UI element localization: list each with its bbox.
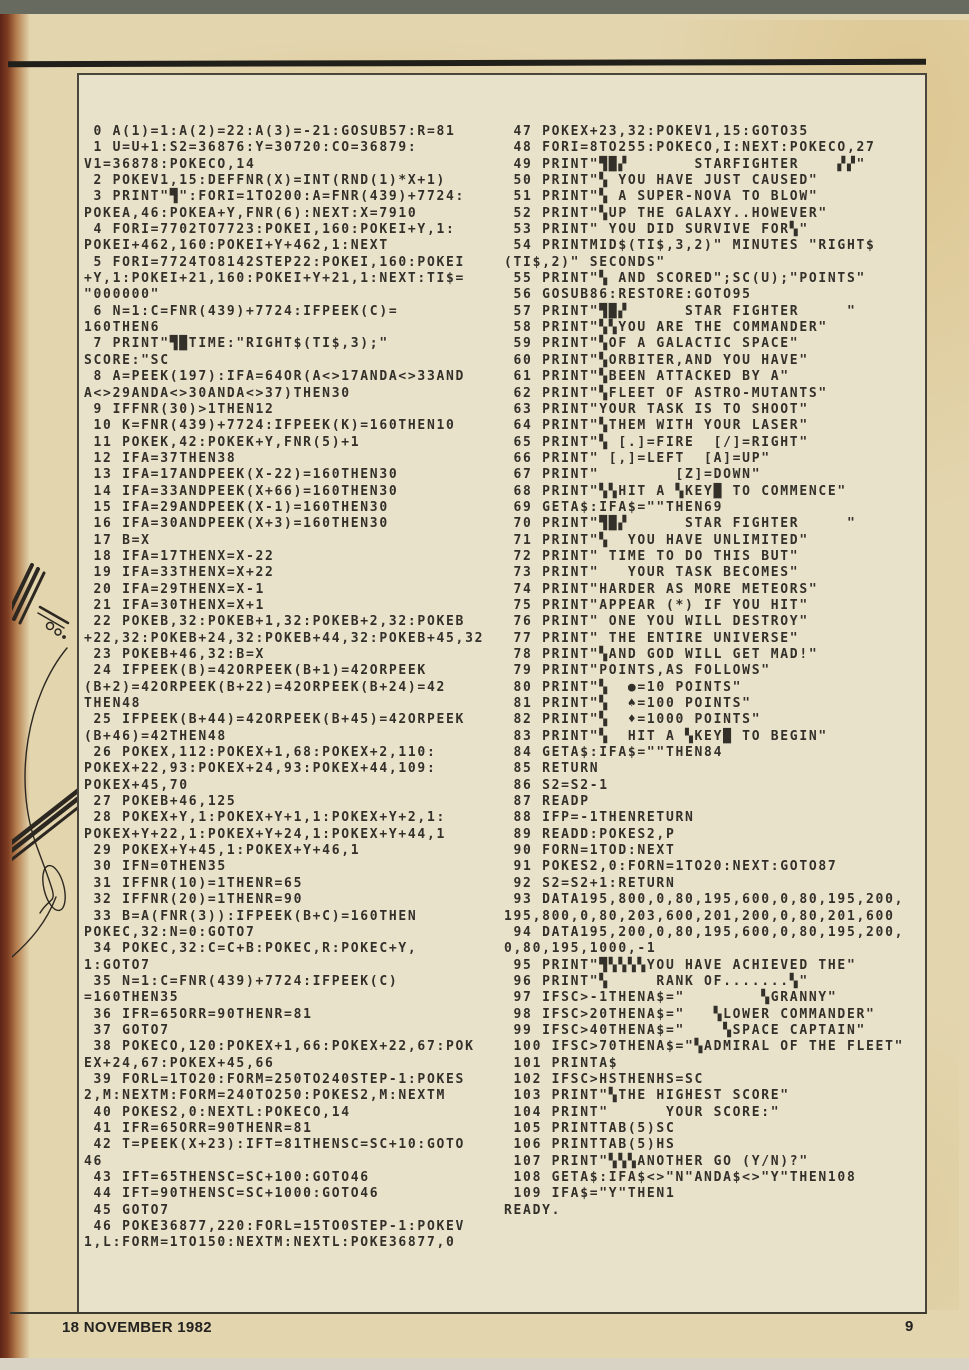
- code-line: 0 A(1)=1:A(2)=22:A(3)=-21:GOSUB57:R=81: [84, 124, 504, 140]
- code-line: 19 IFA=33THENX=X+22: [84, 565, 504, 581]
- code-line: 1 U=U+1:S2=36876:Y=30720:CO=36879:: [84, 140, 504, 156]
- code-line: 17 B=X: [84, 533, 504, 549]
- code-line: SCORE:"SC: [84, 353, 504, 369]
- code-line: 15 IFA=29ANDPEEK(X-1)=160THEN30: [84, 500, 504, 516]
- code-line: 79 PRINT"POINTS,AS FOLLOWS": [504, 663, 944, 679]
- code-line: 28 POKEX+Y,1:POKEX+Y+1,1:POKEX+Y+2,1:: [84, 810, 504, 826]
- code-line: (B+46)=42THEN48: [84, 729, 504, 745]
- code-line: 86 S2=S2-1: [504, 778, 944, 794]
- code-line: 65 PRINT"▚ [.]=FIRE [/]=RIGHT": [504, 435, 944, 451]
- header-rule: [8, 59, 926, 67]
- code-line: 1:GOTO7: [84, 958, 504, 974]
- code-line: 37 GOTO7: [84, 1023, 504, 1039]
- code-line: 105 PRINTTAB(5)SC: [504, 1121, 944, 1137]
- magazine-page: { "colors": { "paper": "#e3d5ae", "panel…: [0, 0, 969, 1370]
- code-line: 21 IFA=30THENX=X+1: [84, 598, 504, 614]
- code-line: 47 POKEX+23,32:POKEV1,15:GOTO35: [504, 124, 944, 140]
- code-line: 73 PRINT" YOUR TASK BECOMES": [504, 565, 944, 581]
- code-line: 12 IFA=37THEN38: [84, 451, 504, 467]
- code-line: 7 PRINT"▜█TIME:"RIGHT$(TI$,3);": [84, 336, 504, 352]
- code-line: 18 IFA=17THENX=X-22: [84, 549, 504, 565]
- code-line: 72 PRINT" TIME TO DO THIS BUT": [504, 549, 944, 565]
- code-line: V1=36878:POKECO,14: [84, 157, 504, 173]
- code-line: 83 PRINT"▚ HIT A ▚KEY█ TO BEGIN": [504, 729, 944, 745]
- scan-edge-bottom: [0, 1358, 969, 1370]
- code-line: 69 GETA$:IFA$=""THEN69: [504, 500, 944, 516]
- code-line: 3 PRINT"▜":FORI=1TO200:A=FNR(439)+7724:: [84, 189, 504, 205]
- code-line: 59 PRINT"▚OF A GALACTIC SPACE": [504, 336, 944, 352]
- code-line: 9 IFFNR(30)>1THEN12: [84, 402, 504, 418]
- code-line: 77 PRINT" THE ENTIRE UNIVERSE": [504, 631, 944, 647]
- code-line: 2,M:NEXTM:FORM=240TO250:POKES2,M:NEXTM: [84, 1088, 504, 1104]
- code-line: 195,800,0,80,203,600,201,200,0,80,201,60…: [504, 909, 944, 925]
- code-line: 62 PRINT"▚FLEET OF ASTRO-MUTANTS": [504, 386, 944, 402]
- code-line: 24 IFPEEK(B)=42ORPEEK(B+1)=42ORPEEK: [84, 663, 504, 679]
- footer-rule: [10, 1312, 927, 1314]
- code-line: 44 IFT=90THENSC=SC+1000:GOTO46: [84, 1186, 504, 1202]
- code-line: 75 PRINT"APPEAR (*) IF YOU HIT": [504, 598, 944, 614]
- code-line: 80 PRINT"▚ ●=10 POINTS": [504, 680, 944, 696]
- code-line: =160THEN35: [84, 990, 504, 1006]
- code-line: 39 FORL=1TO20:FORM=250TO240STEP-1:POKES: [84, 1072, 504, 1088]
- scan-edge-top: [0, 0, 969, 14]
- code-line: 98 IFSC>20THENA$=" ▚LOWER COMMANDER": [504, 1007, 944, 1023]
- code-line: 101 PRINTA$: [504, 1056, 944, 1072]
- footer-page-number: 9: [905, 1318, 913, 1335]
- code-line: 76 PRINT" ONE YOU WILL DESTROY": [504, 614, 944, 630]
- code-line: 30 IFN=0THEN35: [84, 859, 504, 875]
- code-line: 107 PRINT"▚▚▚ANOTHER GO (Y/N)?": [504, 1154, 944, 1170]
- code-line: 67 PRINT" [Z]=DOWN": [504, 467, 944, 483]
- code-line: 46 POKE36877,220:FORL=15TO0STEP-1:POKEV: [84, 1219, 504, 1235]
- code-line: 4 FORI=7702TO7723:POKEI,160:POKEI+Y,1:: [84, 222, 504, 238]
- code-line: 26 POKEX,112:POKEX+1,68:POKEX+2,110:: [84, 745, 504, 761]
- code-line: POKEI+462,160:POKEI+Y+462,1:NEXT: [84, 238, 504, 254]
- code-line: "000000": [84, 287, 504, 303]
- code-line: 64 PRINT"▚THEM WITH YOUR LASER": [504, 418, 944, 434]
- code-line: 13 IFA=17ANDPEEK(X-22)=160THEN30: [84, 467, 504, 483]
- code-line: 102 IFSC>HSTHENHS=SC: [504, 1072, 944, 1088]
- code-line: 55 PRINT"▚ AND SCORED";SC(U);"POINTS": [504, 271, 944, 287]
- code-line: POKEX+22,93:POKEX+24,93:POKEX+44,109:: [84, 761, 504, 777]
- code-line: 22 POKEB,32:POKEB+1,32:POKEB+2,32:POKEB: [84, 614, 504, 630]
- code-line: 32 IFFNR(20)=1THENR=90: [84, 892, 504, 908]
- code-line: 60 PRINT"▚ORBITER,AND YOU HAVE": [504, 353, 944, 369]
- code-line: 93 DATA195,800,0,80,195,600,0,80,195,200…: [504, 892, 944, 908]
- code-line: 10 K=FNR(439)+7724:IFPEEK(K)=160THEN10: [84, 418, 504, 434]
- code-line: THEN48: [84, 696, 504, 712]
- code-line: 81 PRINT"▚ ♠=100 POINTS": [504, 696, 944, 712]
- code-line: 36 IFR=65ORR=90THENR=81: [84, 1007, 504, 1023]
- code-line: 84 GETA$:IFA$=""THEN84: [504, 745, 944, 761]
- code-line: 89 READD:POKES2,P: [504, 827, 944, 843]
- code-line: 54 PRINTMID$(TI$,3,2)" MINUTES "RIGHT$: [504, 238, 944, 254]
- code-line: 8 A=PEEK(197):IFA=64OR(A<>17ANDA<>33AND: [84, 369, 504, 385]
- code-column-left: 0 A(1)=1:A(2)=22:A(3)=-21:GOSUB57:R=81 1…: [84, 124, 504, 1252]
- code-line: 100 IFSC>70THENA$="▚ADMIRAL OF THE FLEET…: [504, 1039, 944, 1055]
- code-line: 27 POKEB+46,125: [84, 794, 504, 810]
- code-line: 106 PRINTTAB(5)HS: [504, 1137, 944, 1153]
- code-line: 1,L:FORM=1TO150:NEXTM:NEXTL:POKE36877,0: [84, 1235, 504, 1251]
- code-line: 90 FORN=1TOD:NEXT: [504, 843, 944, 859]
- code-line: 71 PRINT"▚ YOU HAVE UNLIMITED": [504, 533, 944, 549]
- code-line: 66 PRINT" [,]=LEFT [A]=UP": [504, 451, 944, 467]
- code-line: 46: [84, 1154, 504, 1170]
- code-line: 99 IFSC>40THENA$=" ▚SPACE CAPTAIN": [504, 1023, 944, 1039]
- code-line: 20 IFA=29THENX=X-1: [84, 582, 504, 598]
- spaceship-line-art: [12, 545, 77, 965]
- code-line: 38 POKECO,120:POKEX+1,66:POKEX+22,67:POK: [84, 1039, 504, 1055]
- code-line: POKEX+Y+22,1:POKEX+Y+24,1:POKEX+Y+44,1: [84, 827, 504, 843]
- code-line: 2 POKEV1,15:DEFFNR(X)=INT(RND(1)*X+1): [84, 173, 504, 189]
- code-line: 96 PRINT"▚ RANK OF.......▚": [504, 974, 944, 990]
- code-line: 85 RETURN: [504, 761, 944, 777]
- code-line: 95 PRINT"▜▚▚▚▚YOU HAVE ACHIEVED THE": [504, 958, 944, 974]
- code-line: (TI$,2)" SECONDS": [504, 255, 944, 271]
- code-line: 70 PRINT"▜█▞ STAR FIGHTER ": [504, 516, 944, 532]
- code-line: POKEX+45,70: [84, 778, 504, 794]
- code-line: 92 S2=S2+1:RETURN: [504, 876, 944, 892]
- code-line: 53 PRINT" YOU DID SURVIVE FOR▚": [504, 222, 944, 238]
- code-line: 78 PRINT"▚AND GOD WILL GET MAD!": [504, 647, 944, 663]
- code-line: 35 N=1:C=FNR(439)+7724:IFPEEK(C): [84, 974, 504, 990]
- code-line: 91 POKES2,0:FORN=1TO20:NEXT:GOTO87: [504, 859, 944, 875]
- code-line: 0,80,195,1000,-1: [504, 941, 944, 957]
- code-line: +Y,1:POKEI+21,160:POKEI+Y+21,1:NEXT:TI$=: [84, 271, 504, 287]
- code-line: 87 READP: [504, 794, 944, 810]
- code-line: 29 POKEX+Y+45,1:POKEX+Y+46,1: [84, 843, 504, 859]
- code-line: 14 IFA=33ANDPEEK(X+66)=160THEN30: [84, 484, 504, 500]
- code-line: 57 PRINT"▜█▞ STAR FIGHTER ": [504, 304, 944, 320]
- code-line: 16 IFA=30ANDPEEK(X+3)=160THEN30: [84, 516, 504, 532]
- code-line: 109 IFA$="Y"THEN1: [504, 1186, 944, 1202]
- code-line: 42 T=PEEK(X+23):IFT=81THENSC=SC+10:GOTO: [84, 1137, 504, 1153]
- code-line: 6 N=1:C=FNR(439)+7724:IFPEEK(C)=: [84, 304, 504, 320]
- margin-illustration: [12, 545, 77, 965]
- code-line: 61 PRINT"▚BEEN ATTACKED BY A": [504, 369, 944, 385]
- code-line: 23 POKEB+46,32:B=X: [84, 647, 504, 663]
- code-line: 56 GOSUB86:RESTORE:GOTO95: [504, 287, 944, 303]
- footer-date: 18 NOVEMBER 1982: [62, 1319, 212, 1336]
- code-column-right: 47 POKEX+23,32:POKEV1,15:GOTO35 48 FORI=…: [504, 124, 944, 1219]
- code-line: 51 PRINT"▚ A SUPER-NOVA TO BLOW": [504, 189, 944, 205]
- code-line: 33 B=A(FNR(3)):IFPEEK(B+C)=160THEN: [84, 909, 504, 925]
- code-line: 108 GETA$:IFA$<>"N"ANDA$<>"Y"THEN108: [504, 1170, 944, 1186]
- code-line: 45 GOTO7: [84, 1203, 504, 1219]
- code-line: 25 IFPEEK(B+44)=42ORPEEK(B+45)=42ORPEEK: [84, 712, 504, 728]
- code-line: 104 PRINT" YOUR SCORE:": [504, 1105, 944, 1121]
- code-line: 34 POKEC,32:C=C+B:POKEC,R:POKEC+Y,: [84, 941, 504, 957]
- code-line: POKEC,32:N=0:GOTO7: [84, 925, 504, 941]
- code-line: 82 PRINT"▚ ♦=1000 POINTS": [504, 712, 944, 728]
- code-line: 11 POKEK,42:POKEK+Y,FNR(5)+1: [84, 435, 504, 451]
- code-line: 103 PRINT"▚THE HIGHEST SCORE": [504, 1088, 944, 1104]
- code-line: POKEA,46:POKEA+Y,FNR(6):NEXT:X=7910: [84, 206, 504, 222]
- code-line: 97 IFSC>-1THENA$=" ▚GRANNY": [504, 990, 944, 1006]
- code-line: +22,32:POKEB+24,32:POKEB+44,32:POKEB+45,…: [84, 631, 504, 647]
- code-line: 52 PRINT"▚UP THE GALAXY..HOWEVER": [504, 206, 944, 222]
- code-line: 41 IFR=65ORR=90THENR=81: [84, 1121, 504, 1137]
- code-line: READY.: [504, 1203, 944, 1219]
- code-line: 43 IFT=65THENSC=SC+100:GOTO46: [84, 1170, 504, 1186]
- code-line: 40 POKES2,0:NEXTL:POKECO,14: [84, 1105, 504, 1121]
- code-line: 58 PRINT"▚▚YOU ARE THE COMMANDER": [504, 320, 944, 336]
- code-line: EX+24,67:POKEX+45,66: [84, 1056, 504, 1072]
- code-line: 63 PRINT"YOUR TASK IS TO SHOOT": [504, 402, 944, 418]
- code-line: 50 PRINT"▚ YOU HAVE JUST CAUSED": [504, 173, 944, 189]
- code-line: A<>29ANDA<>30ANDA<>37)THEN30: [84, 386, 504, 402]
- code-line: 31 IFFNR(10)=1THENR=65: [84, 876, 504, 892]
- code-line: 94 DATA195,200,0,80,195,600,0,80,195,200…: [504, 925, 944, 941]
- code-line: 5 FORI=7724TO8142STEP22:POKEI,160:POKEI: [84, 255, 504, 271]
- code-line: 49 PRINT"▜█▞ STARFIGHTER ▞▞": [504, 157, 944, 173]
- code-line: 48 FORI=8TO255:POKECO,I:NEXT:POKECO,27: [504, 140, 944, 156]
- code-line: 74 PRINT"HARDER AS MORE METEORS": [504, 582, 944, 598]
- code-line: (B+2)=42ORPEEK(B+22)=42ORPEEK(B+24)=42: [84, 680, 504, 696]
- code-line: 160THEN6: [84, 320, 504, 336]
- code-line: 88 IFP=-1THENRETURN: [504, 810, 944, 826]
- code-line: 68 PRINT"▚▚HIT A ▚KEY█ TO COMMENCE": [504, 484, 944, 500]
